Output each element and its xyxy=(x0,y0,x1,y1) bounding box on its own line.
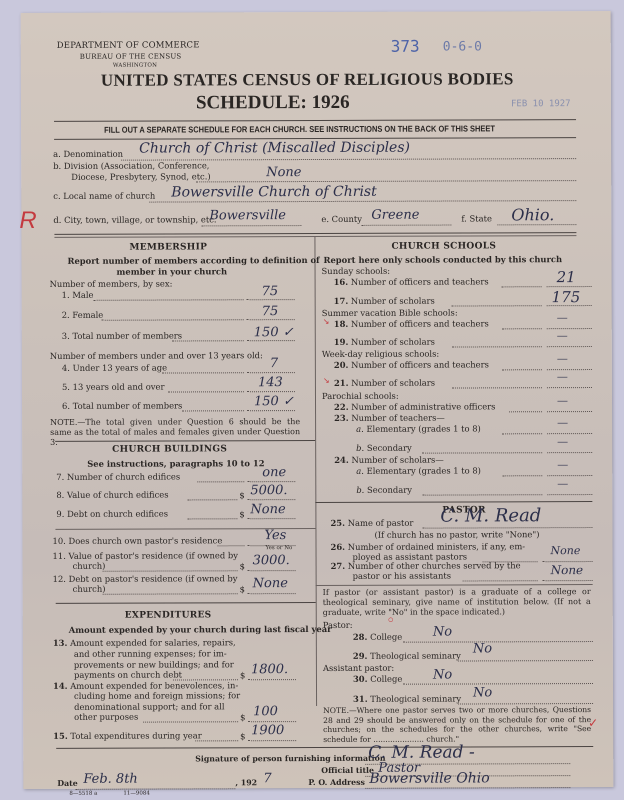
q5-line xyxy=(247,391,295,392)
membership-note: NOTE.—The total given under Question 6 s… xyxy=(50,417,300,448)
red-check-mark: ↘ xyxy=(323,376,330,385)
under-13-field[interactable]: 7 xyxy=(270,356,278,371)
denomination-label: a. Denomination xyxy=(53,149,123,159)
residence-debt-field[interactable]: None xyxy=(253,576,288,591)
city-line xyxy=(201,225,301,226)
pastor-subheading: Pastor: xyxy=(323,620,353,630)
q2-leader xyxy=(102,319,244,320)
q24-label: 24. Number of scholars— xyxy=(334,455,444,465)
q11-line xyxy=(248,570,296,571)
female-count-field[interactable]: 75 xyxy=(262,304,279,319)
q8-label: 8. Value of church edifices xyxy=(56,490,168,500)
pastor-name-field[interactable]: C. M. Read xyxy=(440,505,541,526)
q6-label: 6. Total number of members xyxy=(62,400,182,410)
schedule-title: SCHEDULE: 1926 xyxy=(196,92,350,115)
q14-line2: cluding home and foreign missions; for xyxy=(74,690,240,701)
q15-value-line xyxy=(248,740,296,741)
q13-line4: payments on church debt xyxy=(74,669,182,679)
q10-leader xyxy=(218,545,245,546)
q28-line xyxy=(403,641,593,643)
sunday-schools-label: Sunday schools: xyxy=(322,266,391,276)
q20-leader xyxy=(502,369,542,370)
q19-label: 19. Number of scholars xyxy=(334,337,435,347)
q12-label: 12. Debt on pastor's residence (if owned… xyxy=(53,573,238,584)
year-prefix: , 192 xyxy=(235,778,257,787)
division-line xyxy=(196,180,576,182)
stamp-number: 373 xyxy=(391,37,420,56)
parochial-officers-field[interactable]: — xyxy=(557,394,568,407)
sunday-scholars-field[interactable]: 175 xyxy=(552,288,581,306)
q14-leader xyxy=(143,721,238,722)
graduate-note: If pastor (or assistant pastor) is a gra… xyxy=(323,587,591,618)
q23a-label: a. Elementary (grades 1 to 8) xyxy=(356,423,481,433)
local-name-field[interactable]: Bowersville Church of Christ xyxy=(171,184,377,201)
residence-value-field[interactable]: 3000. xyxy=(253,553,290,568)
q11-label: 11. Value of pastor's residence (if owne… xyxy=(53,550,238,561)
q25-label: 25. Name of pastor xyxy=(330,518,413,528)
q7-leader xyxy=(197,481,244,482)
q27-label: 27. Number of other churches served by t… xyxy=(331,560,521,571)
q4-label: 4. Under 13 years of age xyxy=(62,363,167,373)
department-label: DEPARTMENT OF COMMERCE xyxy=(57,40,200,50)
q1-label: 1. Male xyxy=(62,290,94,300)
q12-dollar: $ xyxy=(240,584,245,594)
form-code-2: 11—9084 xyxy=(123,791,150,797)
summer-schools-label: Summer vacation Bible schools: xyxy=(322,308,458,318)
q28-label: 28. College xyxy=(353,632,402,642)
q13-line1: Amount expended for salaries, repairs, xyxy=(70,637,236,648)
parochial-elem-teachers-field[interactable]: — xyxy=(557,416,568,429)
expenditures-subtitle: Amount expended by your church during la… xyxy=(69,624,332,635)
date-line xyxy=(75,788,235,790)
q14-value-line xyxy=(248,721,296,722)
q15-dollar: $ xyxy=(240,731,245,741)
q9-leader xyxy=(187,518,237,519)
q7-label: 7. Number of church edifices xyxy=(56,471,180,481)
sunday-teachers-field[interactable]: 21 xyxy=(557,268,576,286)
q22-label: 22. Number of administrative officers xyxy=(334,401,495,412)
q9-dollar: $ xyxy=(239,509,244,519)
pastor-note: NOTE.—Where one pastor serves two or mor… xyxy=(323,705,591,744)
q14-num: 14. xyxy=(53,681,68,691)
q19-line xyxy=(547,346,592,347)
red-margin-mark: R xyxy=(19,207,36,235)
signature-label: Signature of person furnishing informati… xyxy=(195,754,385,764)
county-line xyxy=(361,225,451,226)
q23b-leader xyxy=(422,452,542,453)
po-address-field[interactable]: Bowersville Ohio xyxy=(369,770,489,786)
q9-line xyxy=(247,518,295,519)
total-expenditures-field[interactable]: 1900 xyxy=(251,723,284,738)
q3-line xyxy=(247,340,295,341)
q23b-line xyxy=(547,452,592,453)
division-field[interactable]: None xyxy=(266,165,301,180)
by-sex-label: Number of members, by sex: xyxy=(50,279,173,289)
q12-line xyxy=(248,593,296,594)
red-circle-mark: ○ xyxy=(388,615,394,626)
q12-leader xyxy=(103,593,238,594)
owns-residence-field[interactable]: Yes xyxy=(264,528,286,543)
running-expenses-field[interactable]: 1800. xyxy=(251,662,288,677)
city-label: d. City, town, village, or township, etc… xyxy=(53,214,216,225)
q1-leader xyxy=(94,299,244,301)
q8-line xyxy=(247,499,295,500)
q18-line xyxy=(547,328,592,329)
q4-leader xyxy=(162,372,244,373)
expenditures-title: EXPENDITURES xyxy=(125,610,212,620)
q23a-line xyxy=(547,433,592,434)
q3-leader xyxy=(172,340,244,341)
q21-line xyxy=(547,387,592,388)
q19-leader xyxy=(452,346,542,347)
division-label-2: Diocese, Presbytery, Synod, etc.) xyxy=(71,171,210,181)
state-label: f. State xyxy=(461,213,492,223)
city-label: WASHINGTON xyxy=(113,63,157,69)
denomination-field[interactable]: Church of Christ (Miscalled Disciples) xyxy=(139,140,410,157)
q23-label: 23. Number of teachers— xyxy=(334,413,445,423)
summer-scholars-field[interactable]: — xyxy=(557,329,568,342)
parochial-elem-scholars-field[interactable]: — xyxy=(557,458,568,471)
q14-line3: denominational support; and for all xyxy=(74,701,224,712)
divider xyxy=(54,119,576,122)
assistant-seminary-field[interactable]: No xyxy=(473,685,492,700)
q2-line xyxy=(247,319,295,320)
q22-line xyxy=(547,411,592,412)
q24b-label: b. Secondary xyxy=(356,485,412,495)
assistant-college-field[interactable]: No xyxy=(433,668,452,683)
q21-label: 21. Number of scholars xyxy=(334,378,435,388)
q16-line xyxy=(547,286,592,287)
form-title: UNITED STATES CENSUS OF RELIGIOUS BODIES xyxy=(101,69,514,90)
q24a-label: a. Elementary (grades 1 to 8) xyxy=(356,465,481,475)
membership-subtitle-2: member in your church xyxy=(117,266,228,276)
q10-label: 10. Does church own pastor's residence xyxy=(52,535,222,546)
benevolences-field[interactable]: 100 xyxy=(253,704,278,719)
q11-dollar: $ xyxy=(240,561,245,571)
city-field[interactable]: Bowersville xyxy=(209,208,286,223)
buildings-subtitle: See instructions, paragraphs 10 to 12 xyxy=(87,458,264,469)
q24b-line xyxy=(547,494,592,495)
yes-no-hint: Yes or No xyxy=(266,545,293,551)
q5-label: 5. 13 years old and over xyxy=(62,382,165,392)
q3-label: 3. Total number of members xyxy=(62,330,182,340)
q7-line xyxy=(247,481,295,482)
instructions-line: FILL OUT A SEPARATE SCHEDULE FOR EACH CH… xyxy=(104,123,495,134)
church-edifices-count-field[interactable]: one xyxy=(262,465,286,480)
q25-hint: (If church has no pastor, write "None") xyxy=(374,529,539,540)
po-address-label: P. O. Address xyxy=(308,778,365,787)
weekday-teachers-field[interactable]: — xyxy=(557,352,568,365)
state-field[interactable]: Ohio. xyxy=(511,205,554,224)
q8-leader xyxy=(187,499,237,500)
q17-label: 17. Number of scholars xyxy=(334,296,435,306)
q20-line xyxy=(547,369,592,370)
official-title-label: Official title xyxy=(321,766,374,775)
total-members-age-field[interactable]: 150 ✓ xyxy=(254,394,294,409)
divider xyxy=(315,501,592,503)
q26-label: 26. Number of ordained ministers, if any… xyxy=(330,541,525,552)
pastor-seminary-field[interactable]: No xyxy=(473,641,492,656)
q13-line2: and other running expenses; for im- xyxy=(74,648,227,659)
q11-label-2: church) xyxy=(73,561,106,571)
column-divider xyxy=(314,236,317,706)
q30-label: 30. College xyxy=(353,674,402,684)
membership-subtitle: Report number of members according to de… xyxy=(67,255,319,266)
form-code-1: 8—5518 a xyxy=(69,791,97,797)
q18-leader xyxy=(502,328,542,329)
q14-line1: Amount expended for benevolences, in- xyxy=(70,680,238,691)
by-age-label: Number of members under and over 13 year… xyxy=(50,350,263,361)
church-edifices-value-field[interactable]: 5000. xyxy=(250,483,287,498)
q9-label: 9. Debt on church edifices xyxy=(56,509,168,519)
q15-line1: Total expenditures during year xyxy=(70,730,201,740)
bureau-label: BUREAU OF THE CENSUS xyxy=(80,52,182,60)
q30-line xyxy=(403,683,593,685)
pastor-college-field[interactable]: No xyxy=(433,625,452,640)
q8-dollar: $ xyxy=(239,490,244,500)
county-field[interactable]: Greene xyxy=(371,208,419,223)
q1-line xyxy=(247,299,295,300)
parochial-schools-label: Parochial schools: xyxy=(322,391,399,401)
q13-dollar: $ xyxy=(240,670,245,680)
stamp-code: 0-6-0 xyxy=(443,39,482,54)
q20-label: 20. Number of officers and teachers xyxy=(334,359,489,370)
local-name-line xyxy=(149,200,576,202)
local-name-label: c. Local name of church xyxy=(53,191,155,201)
male-count-field[interactable]: 75 xyxy=(262,284,279,299)
assistant-ministers-field[interactable]: None xyxy=(551,544,581,557)
year-field[interactable]: 7 xyxy=(263,771,271,786)
divider xyxy=(316,584,593,586)
q14-dollar: $ xyxy=(240,712,245,722)
q6-line xyxy=(247,410,295,411)
q15-num: 15. xyxy=(53,731,68,741)
parochial-sec-teachers-field[interactable]: — xyxy=(557,435,568,448)
q26-line xyxy=(543,561,593,562)
received-date-stamp: FEB 10 1927 xyxy=(511,99,571,109)
q13-num: 13. xyxy=(53,638,68,648)
census-form-sheet: DEPARTMENT OF COMMERCE BUREAU OF THE CEN… xyxy=(21,11,614,789)
q27-line xyxy=(543,580,593,581)
q24a-leader xyxy=(502,475,542,476)
divider xyxy=(56,746,593,749)
q11-leader xyxy=(103,570,238,571)
q23b-label: b. Secondary xyxy=(356,443,412,453)
q23a-leader xyxy=(502,433,542,434)
q12-label-2: church) xyxy=(73,584,106,594)
church-edifices-debt-field[interactable]: None xyxy=(250,502,285,517)
q15-leader xyxy=(195,740,238,741)
q13-value-line xyxy=(248,679,296,680)
assistant-subheading: Assistant pastor: xyxy=(323,663,394,673)
q13-line3: provements or new buildings; and for xyxy=(74,659,234,670)
q27-label-2: pastor or his assistants xyxy=(353,571,451,581)
membership-title: MEMBERSHIP xyxy=(129,242,207,252)
q21-leader xyxy=(452,387,542,388)
total-members-field[interactable]: 150 ✓ xyxy=(254,325,294,340)
q16-leader xyxy=(502,286,542,287)
q2-label: 2. Female xyxy=(62,310,104,320)
q4-line xyxy=(247,372,295,373)
date-field[interactable]: Feb. 8th xyxy=(83,772,138,787)
state-line xyxy=(497,224,576,225)
parochial-sec-scholars-field[interactable]: — xyxy=(557,477,568,490)
division-label: b. Division (Association, Conference, xyxy=(53,160,209,171)
weekday-scholars-field[interactable]: — xyxy=(557,370,568,383)
q6-leader xyxy=(182,410,244,411)
divider xyxy=(56,602,316,604)
q31-label: 31. Theological seminary xyxy=(353,693,461,703)
schools-title: CHURCH SCHOOLS xyxy=(391,241,496,251)
schools-subtitle: Report here only schools conducted by th… xyxy=(323,254,562,265)
red-check-mark: ↘ xyxy=(323,317,330,326)
q22-leader xyxy=(509,411,542,412)
q24b-leader xyxy=(422,494,542,495)
q14-line4: other purposes xyxy=(74,712,138,722)
q5-leader xyxy=(168,391,244,392)
q29-label: 29. Theological seminary xyxy=(353,650,461,660)
q18-label: 18. Number of officers and teachers xyxy=(334,318,489,329)
q16-label: 16. Number of officers and teachers xyxy=(334,276,489,287)
po-address-line xyxy=(365,787,570,789)
q29-line xyxy=(458,660,593,661)
red-check-mark: ✓ xyxy=(588,716,598,730)
weekday-schools-label: Week-day religious schools: xyxy=(322,349,439,359)
buildings-title: CHURCH BUILDINGS xyxy=(112,444,227,454)
q24a-line xyxy=(547,475,592,476)
date-label: Date xyxy=(57,779,77,788)
q27-leader xyxy=(463,580,538,581)
summer-teachers-field[interactable]: — xyxy=(557,311,568,324)
q17-leader xyxy=(452,305,542,306)
county-label: e. County xyxy=(321,214,362,224)
other-churches-field[interactable]: None xyxy=(551,563,584,577)
over-13-field[interactable]: 143 xyxy=(258,375,283,390)
